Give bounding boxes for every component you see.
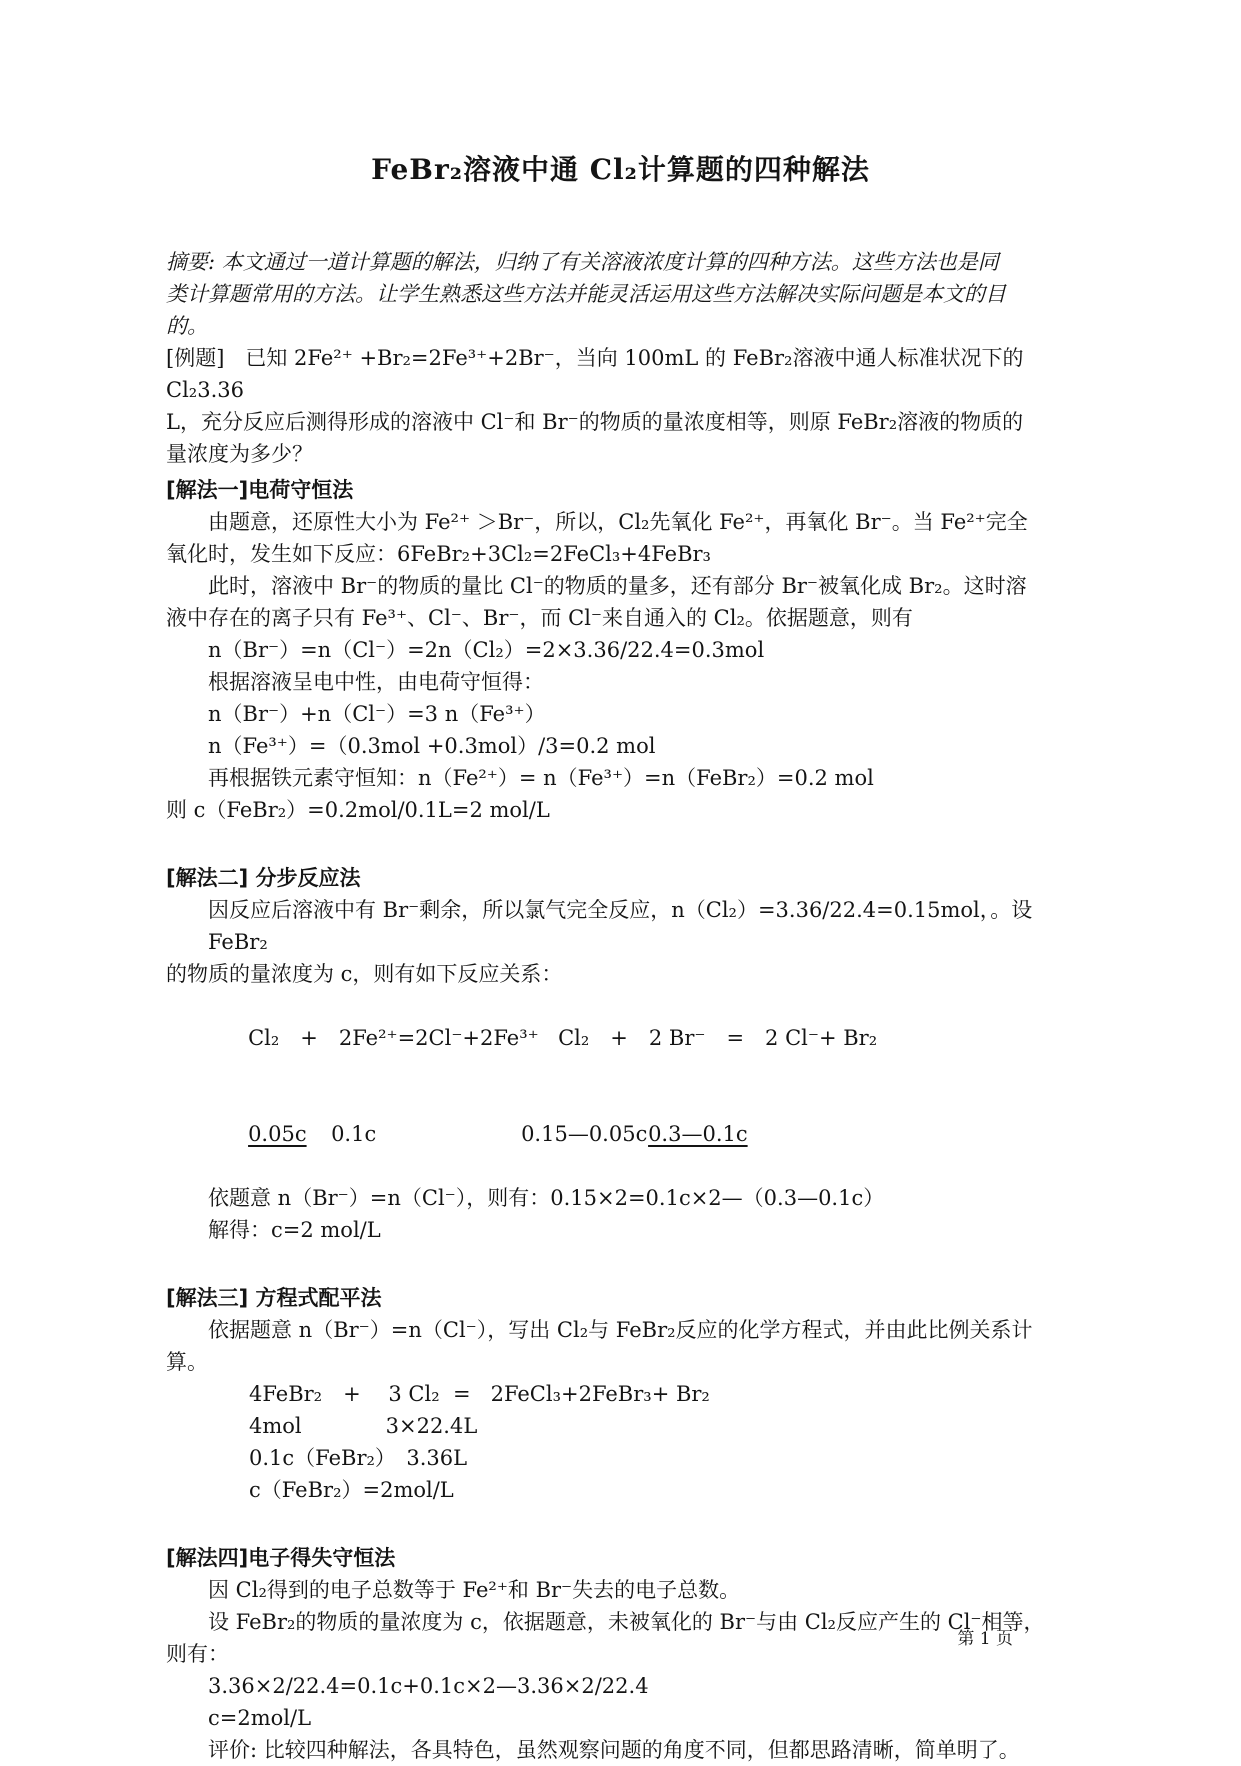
method-1-heading: [解法一]电荷守恒法 [166,474,1075,506]
method-4-line: 因 Cl₂得到的电子总数等于 Fe²⁺和 Br⁻失去的电子总数。 [166,1574,1075,1606]
amount-cell: 0.1c [331,1118,521,1150]
method-2-reaction-equations: Cl₂ + 2Fe²⁺=2Cl⁻+2Fe³⁺Cl₂ + 2 Br⁻ = 2 Cl… [166,990,1075,1086]
reaction-equation-step2: Cl₂ + 2 Br⁻ = 2 Cl⁻+ Br₂ [558,1026,877,1050]
method-4-line: 设 FeBr₂的物质的量浓度为 c，依据题意，未被氧化的 Br⁻与由 Cl₂反应… [166,1606,1075,1638]
method-2-amount-row: 0.05c0.1c0.15—0.05c0.3—0.1c [166,1086,1075,1182]
amount-underlined: 0.05c [248,1122,307,1146]
method-1-line: 液中存在的离子只有 Fe³⁺、Cl⁻、Br⁻，而 Cl⁻来自通入的 Cl₂。依据… [166,602,1075,634]
method-4-heading: [解法四]电子得失守恒法 [166,1542,1075,1574]
method-4-result: c=2mol/L [166,1702,1075,1734]
amount-cell: 0.3—0.1c [648,1118,748,1150]
method-1-equation: n（Br⁻）=n（Cl⁻）=2n（Cl₂）=2×3.36/22.4=0.3mol [166,634,1075,666]
abstract-line: 的。 [166,310,1075,342]
method-3-line: 算。 [166,1346,1075,1378]
example-line: [例题] 已知 2Fe²⁺ +Br₂=2Fe³⁺+2Br⁻，当向 100mL 的… [166,342,1075,406]
reaction-equation-step1: Cl₂ + 2Fe²⁺=2Cl⁻+2Fe³⁺ [248,1022,558,1054]
method-4-comment: 评价: 比较四种解法，各具特色，虽然观察问题的角度不同，但都思路清晰，简单明了。 [166,1734,1075,1766]
method-4-equation: 3.36×2/22.4=0.1c+0.1c×2—3.36×2/22.4 [166,1670,1075,1702]
method-4-section: [解法四]电子得失守恒法 因 Cl₂得到的电子总数等于 Fe²⁺和 Br⁻失去的… [166,1542,1075,1766]
method-1-equation: n（Br⁻）+n（Cl⁻）=3 n（Fe³⁺） [166,698,1075,730]
method-2-line: 依题意 n（Br⁻）=n（Cl⁻），则有：0.15×2=0.1c×2—（0.3—… [166,1182,1075,1214]
method-2-line: 因反应后溶液中有 Br⁻剩余，所以氯气完全反应，n（Cl₂）=3.36/22.4… [166,894,1075,958]
amount-underlined: 0.3—0.1c [648,1122,748,1146]
example-line: 量浓度为多少？ [166,438,1075,470]
method-3-heading: [解法三] 方程式配平法 [166,1282,1075,1314]
method-1-line: 氧化时，发生如下反应：6FeBr₂+3Cl₂=2FeCl₃+4FeBr₃ [166,538,1075,570]
method-2-line: 的物质的量浓度为 c，则有如下反应关系： [166,958,1075,990]
example-problem: [例题] 已知 2Fe²⁺ +Br₂=2Fe³⁺+2Br⁻，当向 100mL 的… [166,342,1075,470]
method-1-result: 则 c（FeBr₂）=0.2mol/0.1L=2 mol/L [166,794,1075,826]
method-3-equation: 0.1c（FeBr₂） 3.36L [166,1442,1075,1474]
abstract-line: 类计算题常用的方法。让学生熟悉这些方法并能灵活运用这些方法解决实际问题是本文的目 [166,278,1075,310]
method-1-equation: 再根据铁元素守恒知：n（Fe²⁺）= n（Fe³⁺）=n（FeBr₂）=0.2 … [166,762,1075,794]
abstract-paragraph: 摘要: 本文通过一道计算题的解法，归纳了有关溶液浓度计算的四种方法。这些方法也是… [166,246,1075,342]
method-2-result: 解得：c=2 mol/L [166,1214,1075,1246]
method-4-line: 则有： [166,1638,1075,1670]
method-2-heading: [解法二] 分步反应法 [166,862,1075,894]
method-3-equation: 4FeBr₂ + 3 Cl₂ = 2FeCl₃+2FeBr₃+ Br₂ [166,1378,1075,1410]
method-1-equation: n（Fe³⁺）=（0.3mol +0.3mol）/3=0.2 mol [166,730,1075,762]
method-2-section: [解法二] 分步反应法 因反应后溶液中有 Br⁻剩余，所以氯气完全反应，n（Cl… [166,862,1075,1246]
page-number: 第 1 页 [957,1628,1013,1650]
method-1-section: [解法一]电荷守恒法 由题意，还原性大小为 Fe²⁺ ＞Br⁻，所以，Cl₂先氧… [166,474,1075,826]
method-3-section: [解法三] 方程式配平法 依据题意 n（Br⁻）=n（Cl⁻），写出 Cl₂与 … [166,1282,1075,1506]
amount-cell: 0.05c [248,1118,331,1150]
method-3-line: 依据题意 n（Br⁻）=n（Cl⁻），写出 Cl₂与 FeBr₂反应的化学方程式… [166,1314,1075,1346]
abstract-line: 摘要: 本文通过一道计算题的解法，归纳了有关溶液浓度计算的四种方法。这些方法也是… [166,246,1075,278]
method-1-line: 根据溶液呈电中性，由电荷守恒得： [166,666,1075,698]
document-page: FeBr₂溶液中通 Cl₂计算题的四种解法 摘要: 本文通过一道计算题的解法，归… [0,0,1241,1754]
example-line: L，充分反应后测得形成的溶液中 Cl⁻和 Br⁻的物质的量浓度相等，则原 FeB… [166,406,1075,438]
method-1-line: 由题意，还原性大小为 Fe²⁺ ＞Br⁻，所以，Cl₂先氧化 Fe²⁺，再氧化 … [166,506,1075,538]
method-1-line: 此时，溶液中 Br⁻的物质的量比 Cl⁻的物质的量多，还有部分 Br⁻被氧化成 … [166,570,1075,602]
page-title: FeBr₂溶液中通 Cl₂计算题的四种解法 [166,146,1075,194]
amount-cell: 0.15—0.05c [521,1118,648,1150]
method-3-result: c（FeBr₂）=2mol/L [166,1474,1075,1506]
method-3-equation: 4mol 3×22.4L [166,1410,1075,1442]
